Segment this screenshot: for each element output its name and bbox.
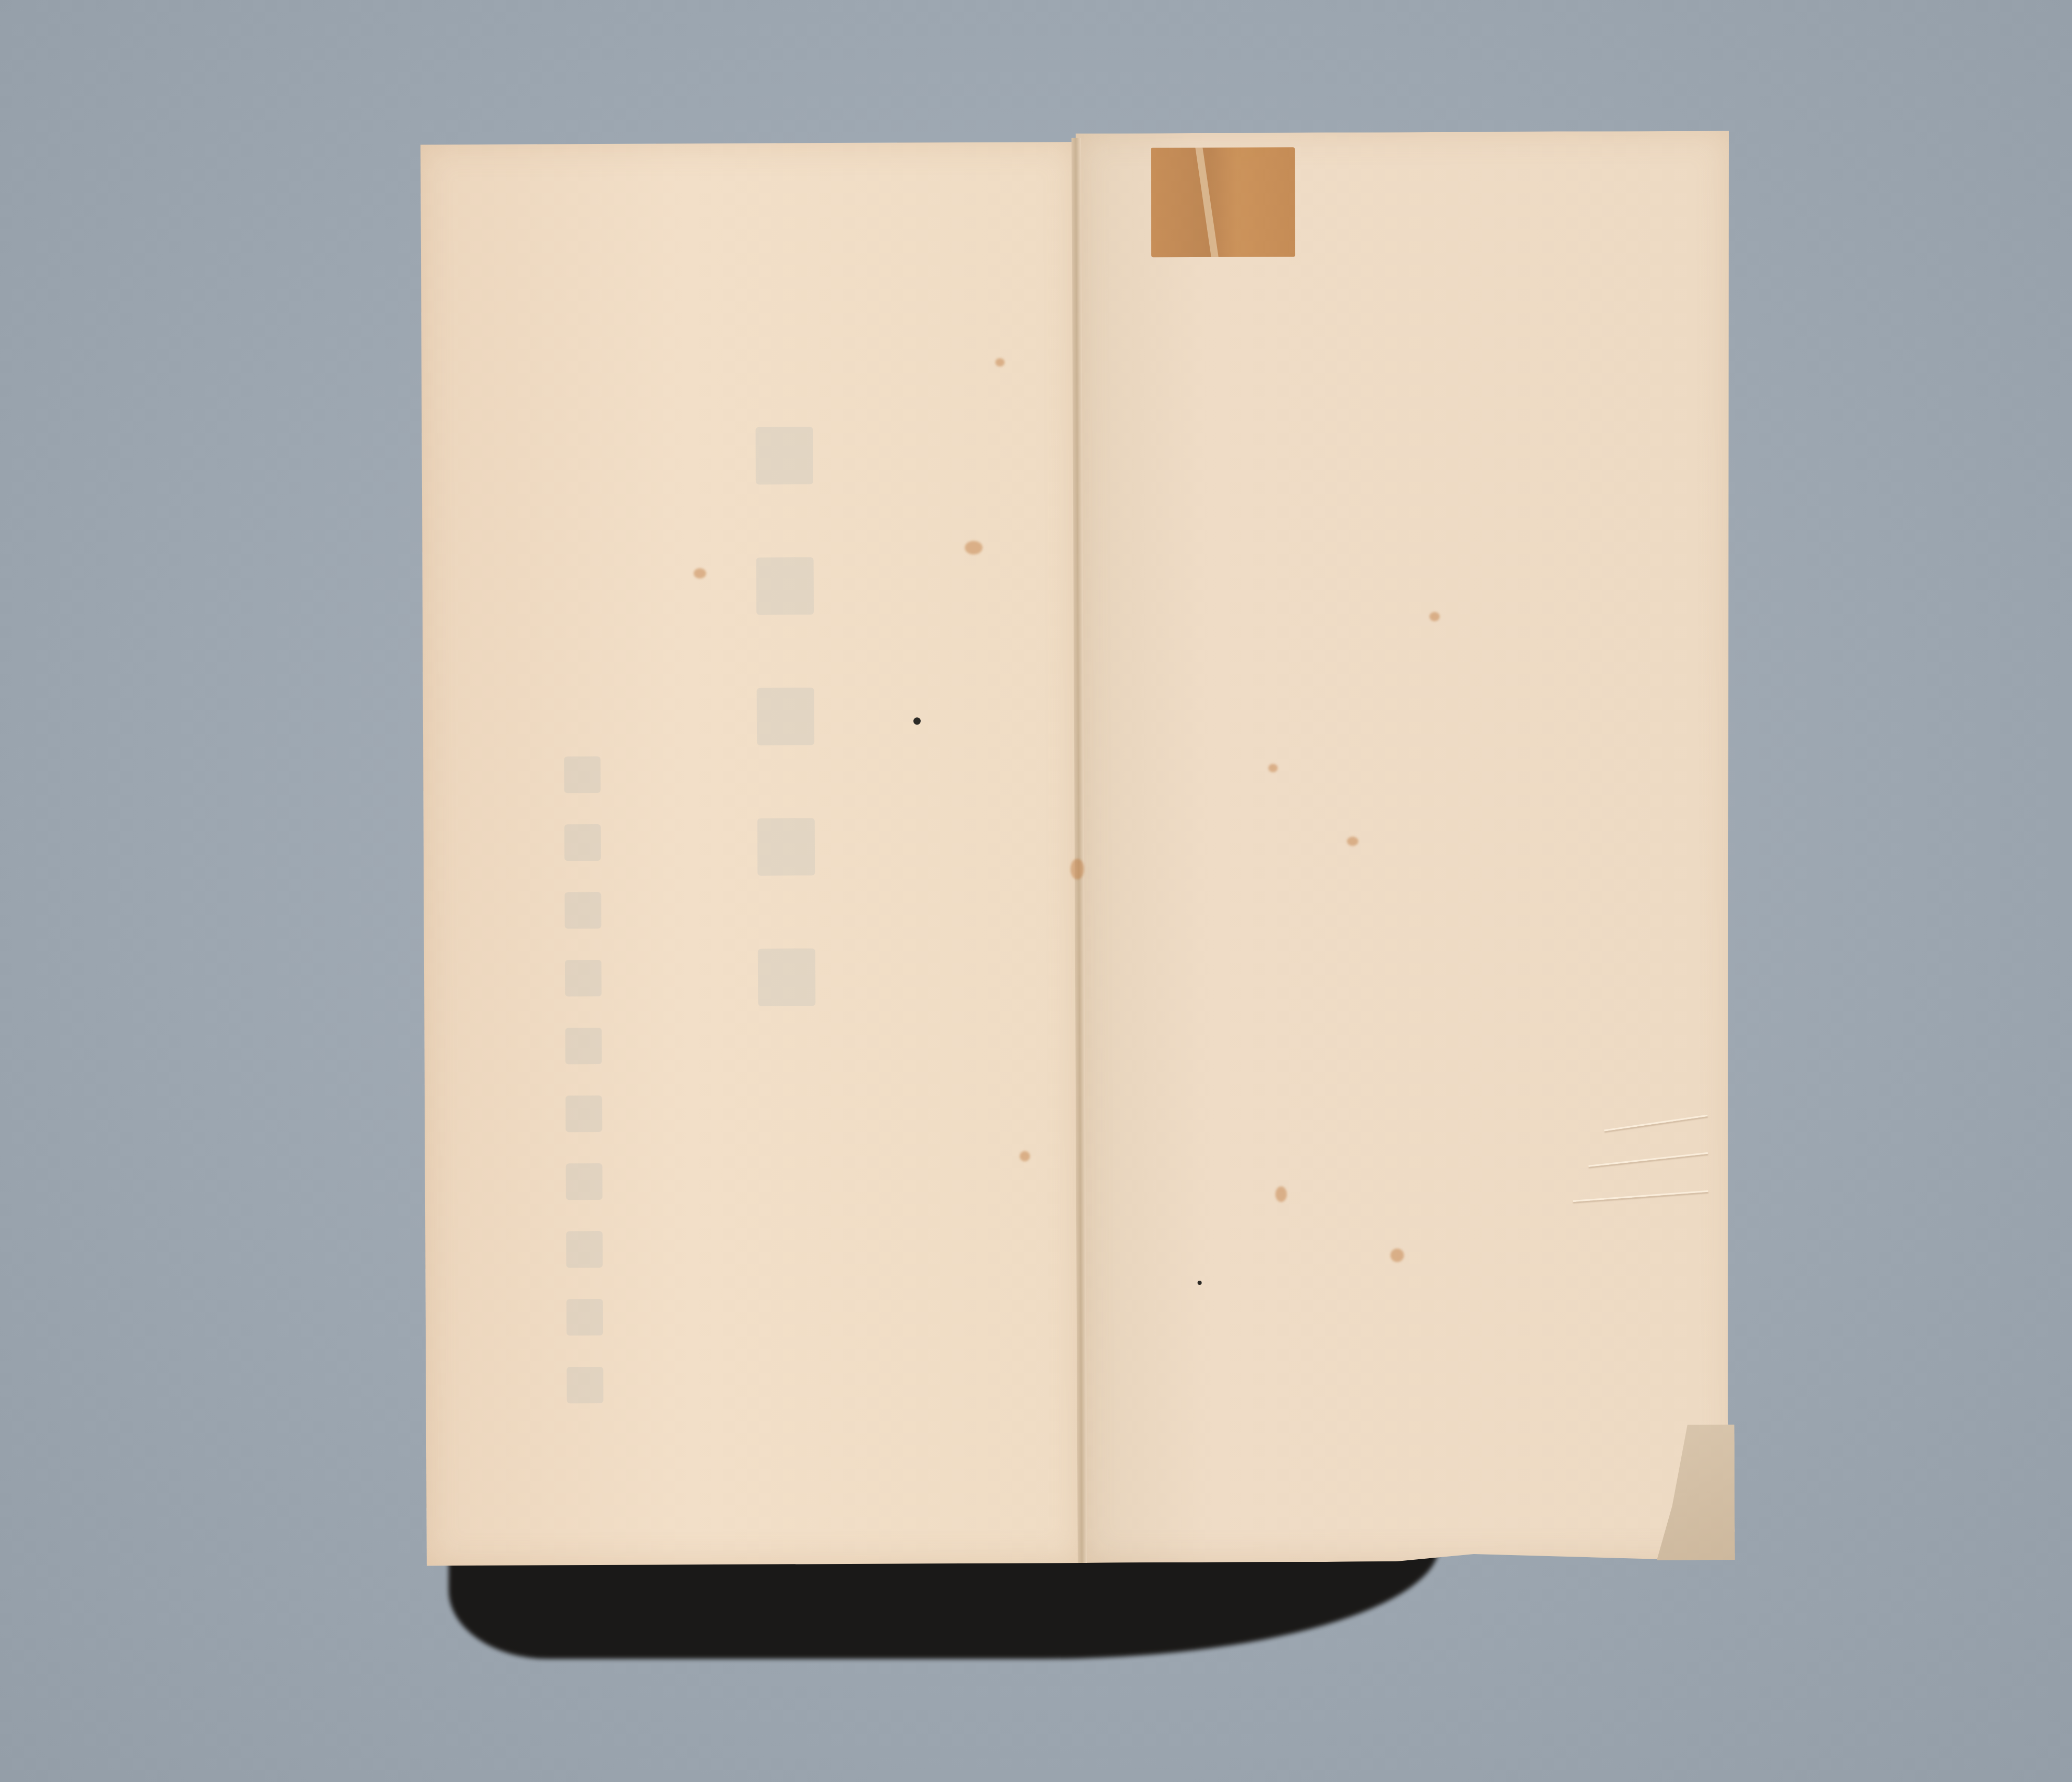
right-panel: [1076, 131, 1735, 1563]
tape-strip: [1151, 147, 1295, 257]
faint-glyph: [756, 557, 814, 615]
subtitle-text: [illegible vertical CJK bleed-through te…: [420, 136, 421, 137]
faint-glyph: [566, 1163, 603, 1200]
foxing-spot: [694, 568, 706, 579]
faint-glyph: [564, 892, 601, 929]
foxing-spot: [1070, 859, 1084, 880]
faint-glyph: [755, 427, 813, 484]
foxing-spot: [965, 541, 982, 555]
faint-glyph: [564, 824, 601, 861]
faint-glyph: [564, 756, 600, 793]
left-panel: [420, 142, 1082, 1566]
faint-glyph: [566, 1231, 603, 1268]
foxing-spot: [1275, 1186, 1287, 1202]
faint-glyph: [567, 1299, 603, 1335]
foxing-spot: [1347, 837, 1358, 846]
faint-glyph: [758, 948, 815, 1006]
foxing-spot: [995, 358, 1005, 367]
faint-glyph: [565, 1028, 601, 1064]
subtitle-bleed-through: [564, 756, 603, 1403]
faint-glyph: [567, 1367, 603, 1403]
faint-glyph: [757, 688, 814, 745]
foxing-spot: [1020, 1151, 1030, 1161]
faint-glyph: [565, 1095, 602, 1132]
paper-booklet: [illegible vertical CJK bleed-through te…: [420, 131, 1735, 1566]
foxing-spot: [1390, 1248, 1404, 1262]
foxing-spot: [1268, 764, 1278, 772]
faint-glyph: [757, 818, 815, 875]
ink-speck: [1198, 1281, 1202, 1285]
faint-glyph: [565, 960, 601, 996]
ink-speck: [913, 717, 921, 725]
title-bleed-through: [755, 427, 815, 1006]
foxing-spot: [1429, 612, 1440, 621]
